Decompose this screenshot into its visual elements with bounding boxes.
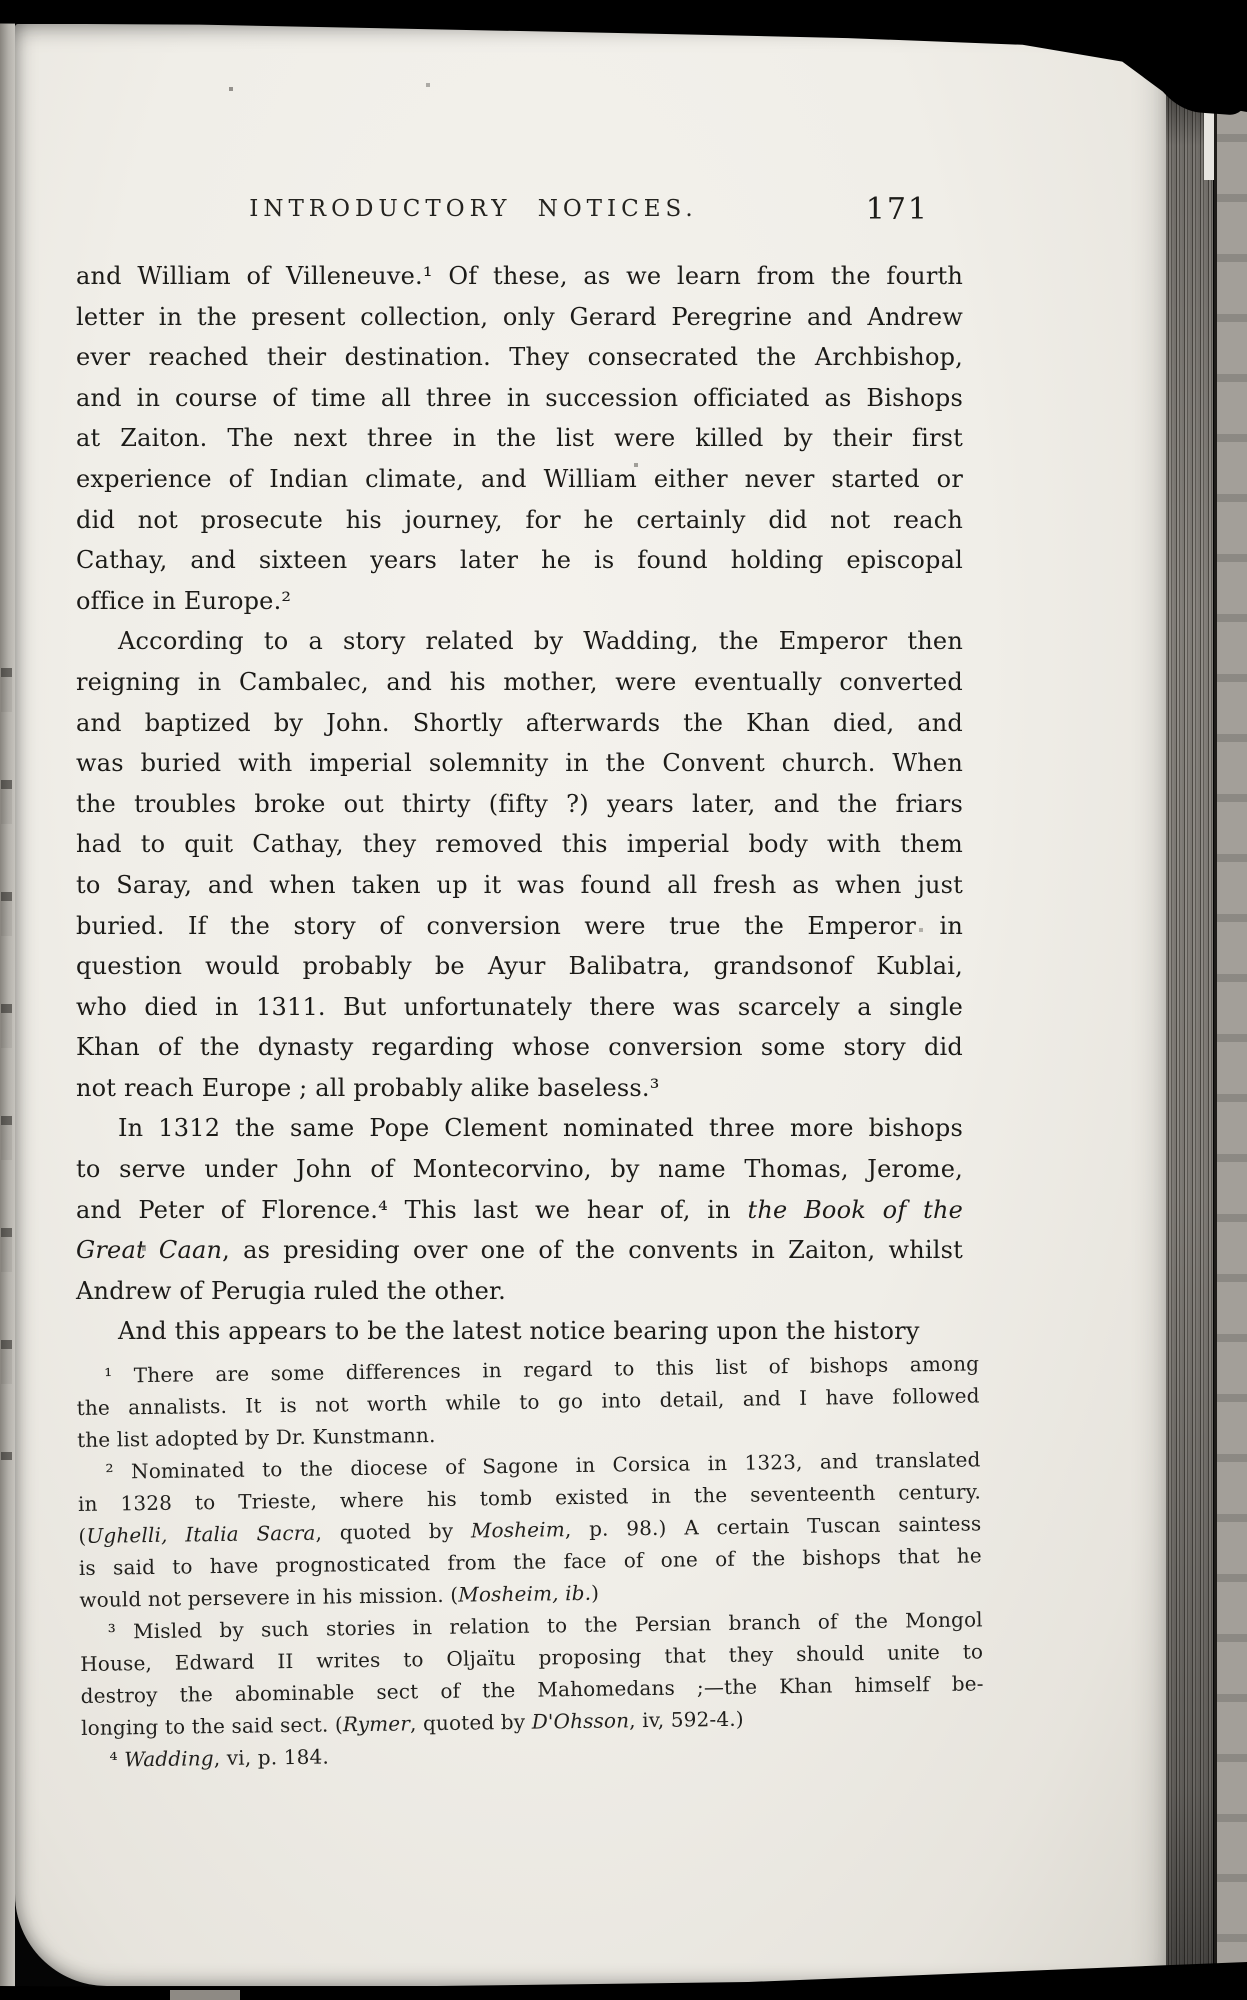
body-text: and William of Villeneuve.¹ Of these, as…	[76, 256, 963, 1352]
text-line: at Zaiton. The next three in the list we…	[76, 418, 963, 459]
text-line: was buried with imperial solemnity in th…	[76, 743, 963, 784]
book-cover-edge	[1214, 108, 1247, 1988]
text-line: the troubles broke out thirty (fifty ?) …	[76, 784, 963, 825]
text-line: reigning in Cambalec, and his mother, we…	[76, 662, 963, 703]
text-line: Andrew of Perugia ruled the other.	[76, 1271, 963, 1312]
bottom-edge-fragment	[170, 1990, 240, 2000]
text-line: and Peter of Florence.⁴ This last we hea…	[76, 1190, 963, 1231]
text-line: Khan of the dynasty regarding whose conv…	[76, 1027, 963, 1068]
text-line: In 1312 the same Pope Clement nominated …	[76, 1108, 963, 1149]
text-line: letter in the present collection, only G…	[76, 297, 963, 338]
text-line: not reach Europe ; all probably alike ba…	[76, 1068, 963, 1109]
text-line: to Saray, and when taken up it was found…	[76, 865, 963, 906]
text-line: Great Caan, as presiding over one of the…	[76, 1230, 963, 1271]
text-line: had to quit Cathay, they removed this im…	[76, 824, 963, 865]
page-header: INTRODUCTORY NOTICES. 171	[76, 196, 963, 236]
text-line: and baptized by John. Shortly afterwards…	[76, 703, 963, 744]
text-line: buried. If the story of conversion were …	[76, 906, 963, 947]
text-line: and in course of time all three in succe…	[76, 378, 963, 419]
book-fore-edge-pages	[1166, 26, 1213, 1980]
facing-page-edge	[0, 0, 15, 2000]
text-line: Cathay, and sixteen years later he is fo…	[76, 540, 963, 581]
book-page: INTRODUCTORY NOTICES. 171 and William of…	[15, 24, 1169, 1986]
text-line: office in Europe.²	[76, 581, 963, 622]
text-line: to serve under John of Montecorvino, by …	[76, 1149, 963, 1190]
paper-specks	[15, 24, 17, 26]
page-number: 171	[866, 192, 929, 227]
text-line: According to a story related by Wadding,…	[76, 621, 963, 662]
fore-edge-shading	[1166, 26, 1213, 1980]
page-stack-gap	[1204, 112, 1214, 180]
bleed-through-text-marks	[1, 600, 12, 1460]
text-line: question would probably be Ayur Balibatr…	[76, 946, 963, 987]
footnotes: ¹ There are some differences in regard t…	[76, 1347, 985, 1776]
text-line: and William of Villeneuve.¹ Of these, as…	[76, 256, 963, 297]
text-line: experience of Indian climate, and Willia…	[76, 459, 963, 500]
text-line: And this appears to be the latest notice…	[76, 1311, 963, 1352]
running-title: INTRODUCTORY NOTICES.	[30, 196, 917, 222]
scanned-book-photo: INTRODUCTORY NOTICES. 171 and William of…	[0, 0, 1247, 2000]
text-line: who died in 1311. But unfortunately ther…	[76, 987, 963, 1028]
text-line: did not prosecute his journey, for he ce…	[76, 500, 963, 541]
text-line: ever reached their destination. They con…	[76, 337, 963, 378]
